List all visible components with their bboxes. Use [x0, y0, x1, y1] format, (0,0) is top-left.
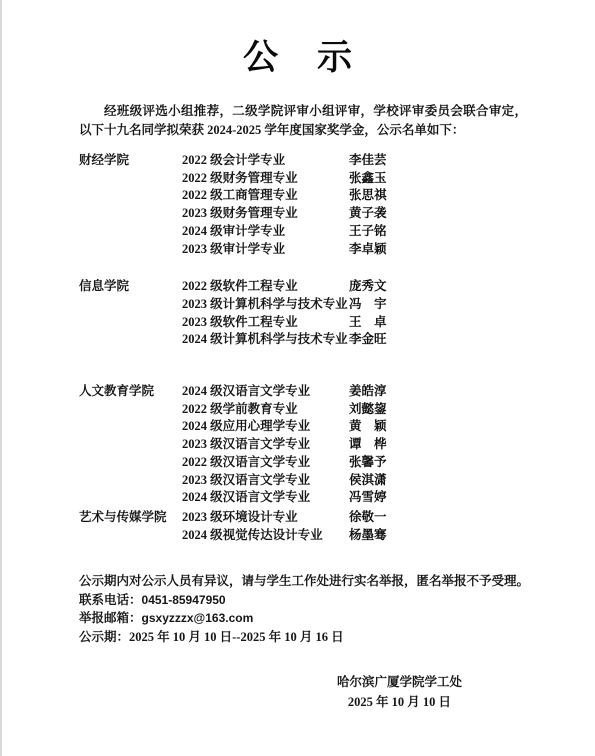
college-name: 人文教育学院 [79, 383, 182, 401]
student-name: 冯 宇 [349, 296, 387, 314]
college-section: 财经学院2022 级会计学专业李佳芸2022 级财务管理专业张鑫玉2022 级工… [79, 152, 549, 258]
major-label: 2024 级汉语言文学专业 [182, 383, 349, 401]
college-name: 财经学院 [79, 152, 182, 170]
student-name: 王 卓 [349, 314, 387, 332]
signature-date: 2025 年 10 月 10 日 [337, 692, 462, 712]
section-rows: 2022 级会计学专业李佳芸2022 级财务管理专业张鑫玉2022 级工商管理专… [182, 152, 549, 258]
list-item: 2024 级计算机科学与技术专业李金旺 [182, 331, 549, 349]
major-label: 2023 级计算机科学与技术专业 [182, 296, 349, 314]
period-label: 公示期： [79, 630, 129, 644]
list-item: 2023 级汉语言文学专业谭 桦 [182, 436, 549, 454]
major-label: 2022 级工商管理专业 [182, 187, 349, 205]
major-label: 2022 级学前教育专业 [182, 401, 349, 419]
report-email-line: 举报邮箱：gsxyzzzx@163.com [79, 609, 549, 628]
student-name: 黄 颖 [349, 418, 387, 436]
objection-notice: 公示期内对公示人员有异议，请与学生工作处进行实名举报，匿名举报不予受理。 [79, 572, 549, 591]
college-section: 人文教育学院2024 级汉语言文学专业姜皓淳2022 级学前教育专业刘懿鋆202… [79, 383, 549, 507]
intro-paragraph: 经班级评选小组推荐，二级学院评审小组评审，学校评审委员会联合审定，以下十九名同学… [79, 102, 527, 139]
section-rows: 2022 级软件工程专业庞秀文2023 级计算机科学与技术专业冯 宇2023 级… [182, 278, 549, 349]
student-name: 谭 桦 [349, 436, 387, 454]
major-label: 2023 级汉语言文学专业 [182, 436, 349, 454]
list-item: 2023 级财务管理专业黄子袭 [182, 205, 549, 223]
major-label: 2024 级视觉传达设计专业 [182, 527, 349, 545]
college-name: 信息学院 [79, 278, 182, 296]
period-value: 2025 年 10 月 10 日--2025 年 10 月 16 日 [129, 630, 344, 644]
major-label: 2023 级软件工程专业 [182, 314, 349, 332]
student-name: 徐敬一 [349, 509, 387, 527]
list-item: 2024 级汉语言文学专业姜皓淳 [182, 383, 549, 401]
student-name: 冯雪婷 [349, 489, 387, 507]
student-name: 刘懿鋆 [349, 401, 387, 419]
list-item: 2022 级会计学专业李佳芸 [182, 152, 549, 170]
student-name: 李佳芸 [349, 152, 387, 170]
major-label: 2024 级应用心理学专业 [182, 418, 349, 436]
page-title: 公 示 [2, 30, 595, 80]
list-item: 2023 级汉语言文学专业侯淇潇 [182, 472, 549, 490]
student-name: 张思祺 [349, 187, 387, 205]
list-item: 2023 级审计学专业李卓颖 [182, 241, 549, 259]
major-label: 2024 级审计学专业 [182, 223, 349, 241]
student-name: 黄子袭 [349, 205, 387, 223]
major-label: 2022 级汉语言文学专业 [182, 454, 349, 472]
email-address: gsxyzzzx@163.com [142, 611, 254, 625]
college-section: 信息学院2022 级软件工程专业庞秀文2023 级计算机科学与技术专业冯 宇20… [79, 278, 549, 349]
list-item: 2022 级工商管理专业张思祺 [182, 187, 549, 205]
major-label: 2023 级审计学专业 [182, 241, 349, 259]
footer-block: 公示期内对公示人员有异议，请与学生工作处进行实名举报，匿名举报不予受理。 联系电… [79, 572, 549, 647]
list-item: 2024 级应用心理学专业黄 颖 [182, 418, 549, 436]
major-label: 2024 级计算机科学与技术专业 [182, 331, 349, 349]
list-item: 2022 级软件工程专业庞秀文 [182, 278, 549, 296]
major-label: 2024 级汉语言文学专业 [182, 489, 349, 507]
list-item: 2022 级财务管理专业张鑫玉 [182, 170, 549, 188]
student-name: 李金旺 [349, 331, 387, 349]
student-name: 张鑫玉 [349, 170, 387, 188]
contact-phone-line: 联系电话：0451-85947950 [79, 591, 549, 610]
major-label: 2023 级环境设计专业 [182, 509, 349, 527]
announcement-document: 公 示 经班级评选小组推荐，二级学院评审小组评审，学校评审委员会联合审定，以下十… [0, 0, 595, 756]
signature-block: 哈尔滨广厦学院学工处 2025 年 10 月 10 日 [337, 672, 462, 712]
list-item: 2024 级汉语言文学专业冯雪婷 [182, 489, 549, 507]
phone-number: 0451-85947950 [142, 593, 226, 607]
college-section: 艺术与传媒学院2023 级环境设计专业徐敬一2024 级视觉传达设计专业杨墨骞 [79, 509, 549, 544]
publicity-period-line: 公示期：2025 年 10 月 10 日--2025 年 10 月 16 日 [79, 628, 549, 647]
student-name: 张馨予 [349, 454, 387, 472]
list-item: 2022 级学前教育专业刘懿鋆 [182, 401, 549, 419]
list-item: 2024 级审计学专业王子铭 [182, 223, 549, 241]
email-label: 举报邮箱： [79, 611, 142, 625]
section-rows: 2023 级环境设计专业徐敬一2024 级视觉传达设计专业杨墨骞 [182, 509, 549, 544]
list-item: 2023 级环境设计专业徐敬一 [182, 509, 549, 527]
list-item: 2022 级汉语言文学专业张馨予 [182, 454, 549, 472]
student-name: 李卓颖 [349, 241, 387, 259]
major-label: 2023 级财务管理专业 [182, 205, 349, 223]
college-name: 艺术与传媒学院 [79, 509, 182, 527]
award-list: 财经学院2022 级会计学专业李佳芸2022 级财务管理专业张鑫玉2022 级工… [79, 152, 549, 544]
major-label: 2023 级汉语言文学专业 [182, 472, 349, 490]
student-name: 杨墨骞 [349, 527, 387, 545]
major-label: 2022 级会计学专业 [182, 152, 349, 170]
major-label: 2022 级软件工程专业 [182, 278, 349, 296]
signature-org: 哈尔滨广厦学院学工处 [337, 672, 462, 692]
phone-label: 联系电话： [79, 593, 142, 607]
section-rows: 2024 级汉语言文学专业姜皓淳2022 级学前教育专业刘懿鋆2024 级应用心… [182, 383, 549, 507]
list-item: 2024 级视觉传达设计专业杨墨骞 [182, 527, 549, 545]
student-name: 王子铭 [349, 223, 387, 241]
list-item: 2023 级软件工程专业王 卓 [182, 314, 549, 332]
student-name: 庞秀文 [349, 278, 387, 296]
student-name: 姜皓淳 [349, 383, 387, 401]
student-name: 侯淇潇 [349, 472, 387, 490]
list-item: 2023 级计算机科学与技术专业冯 宇 [182, 296, 549, 314]
major-label: 2022 级财务管理专业 [182, 170, 349, 188]
